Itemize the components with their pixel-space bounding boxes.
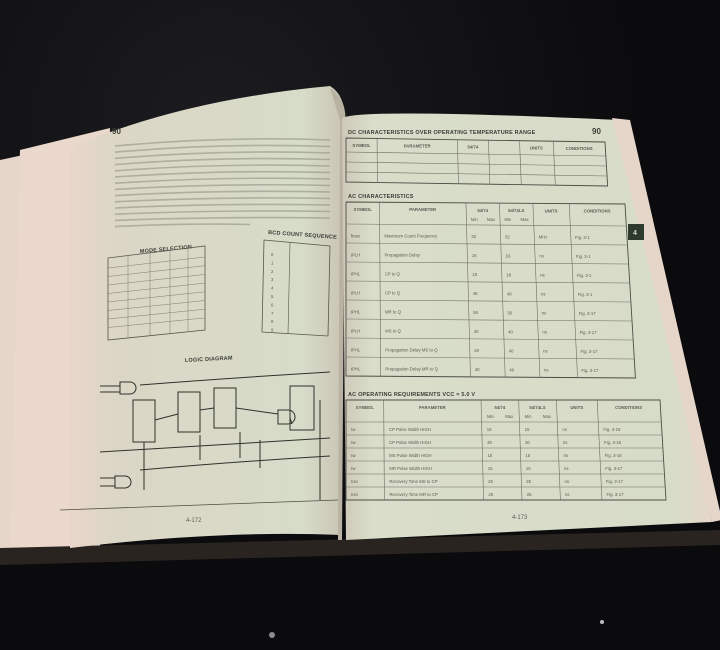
svg-text:Fig. 3-1: Fig. 3-1 [576, 254, 591, 259]
svg-text:PARAMETER: PARAMETER [409, 207, 437, 212]
svg-text:fmax: fmax [351, 233, 361, 238]
left-page: 90 MODE SELECTION BCD COUNT SEQUENCE 012… [60, 86, 345, 548]
svg-text:ns: ns [562, 427, 567, 432]
svg-text:Propagation Delay: Propagation Delay [385, 253, 421, 258]
svg-text:54/74LS: 54/74LS [508, 208, 524, 213]
svg-text:CONDITIONS: CONDITIONS [566, 146, 593, 151]
svg-text:16: 16 [506, 253, 511, 258]
svg-text:CP Pulse Width HIGH: CP Pulse Width HIGH [389, 440, 431, 445]
svg-text:40: 40 [475, 367, 480, 372]
svg-text:54/74: 54/74 [477, 208, 488, 213]
svg-text:54/74: 54/74 [494, 405, 505, 410]
svg-text:MS Pulse Width HIGH: MS Pulse Width HIGH [389, 453, 432, 458]
svg-text:ns: ns [539, 254, 544, 259]
svg-text:15: 15 [525, 453, 530, 458]
section-tab: 4 [628, 224, 644, 240]
svg-text:tPHL: tPHL [351, 347, 361, 352]
dust-speck [269, 632, 275, 638]
svg-text:18: 18 [472, 272, 477, 277]
svg-text:AC CHARACTERISTICS: AC CHARACTERISTICS [348, 194, 414, 200]
left-page-number: 4-172 [186, 518, 202, 524]
svg-text:Fig. 3-16: Fig. 3-16 [603, 427, 621, 432]
svg-text:40: 40 [508, 329, 513, 334]
svg-text:UNITS: UNITS [545, 208, 558, 213]
svg-text:40: 40 [509, 348, 514, 353]
svg-text:Fig. 3-1: Fig. 3-1 [575, 235, 590, 240]
svg-text:SYMBOL: SYMBOL [354, 207, 373, 212]
svg-text:Max: Max [543, 414, 552, 419]
svg-text:Propagation Delay MS to Q: Propagation Delay MS to Q [385, 348, 438, 353]
right-corner-mark: 90 [592, 127, 601, 136]
svg-text:32: 32 [471, 234, 476, 239]
svg-text:Min: Min [487, 414, 495, 419]
svg-text:ns: ns [542, 311, 547, 316]
svg-text:CONDITIONS: CONDITIONS [615, 405, 642, 410]
svg-text:15: 15 [526, 466, 531, 471]
svg-text:15: 15 [487, 427, 492, 432]
svg-text:ns: ns [563, 440, 568, 445]
svg-text:PARAMETER: PARAMETER [404, 143, 432, 148]
svg-text:Fig. 3-17: Fig. 3-17 [581, 349, 599, 354]
svg-text:ns: ns [565, 492, 570, 497]
svg-text:trec: trec [351, 479, 359, 484]
svg-text:tPLH: tPLH [351, 252, 361, 257]
svg-text:54/74: 54/74 [468, 145, 479, 150]
svg-text:ns: ns [564, 466, 569, 471]
svg-text:tPLH: tPLH [351, 290, 361, 295]
svg-text:ns: ns [543, 349, 548, 354]
svg-text:50: 50 [473, 310, 478, 315]
svg-text:18: 18 [506, 272, 511, 277]
svg-text:Fig. 3-17: Fig. 3-17 [580, 330, 598, 335]
svg-text:32: 32 [505, 234, 510, 239]
svg-text:ns: ns [540, 273, 545, 278]
svg-text:Min: Min [504, 217, 512, 222]
svg-text:Fig. 3-16: Fig. 3-16 [605, 453, 623, 458]
svg-text:50: 50 [507, 310, 512, 315]
svg-text:Fig. 3-17: Fig. 3-17 [579, 311, 597, 316]
svg-text:SYMBOL: SYMBOL [352, 143, 371, 148]
svg-text:Min: Min [525, 414, 533, 419]
left-corner-mark: 90 [112, 127, 121, 136]
svg-text:CONDITIONS: CONDITIONS [584, 209, 611, 214]
svg-text:ns: ns [544, 368, 549, 373]
svg-text:48: 48 [473, 291, 478, 296]
svg-text:MHz: MHz [539, 235, 548, 240]
svg-text:4: 4 [633, 230, 637, 237]
svg-text:Maximum Count Frequency: Maximum Count Frequency [384, 234, 438, 239]
svg-text:UNITS: UNITS [530, 146, 543, 151]
svg-text:Fig. 3-17: Fig. 3-17 [605, 466, 623, 471]
svg-text:Fig. 3-17: Fig. 3-17 [581, 368, 599, 373]
svg-text:Min: Min [471, 217, 479, 222]
svg-text:DC CHARACTERISTICS OVER OPERAT: DC CHARACTERISTICS OVER OPERATING TEMPER… [348, 130, 536, 136]
svg-text:AC OPERATING REQUIREMENTS VC: AC OPERATING REQUIREMENTS VCC = 5.0 V [348, 392, 475, 398]
svg-text:40: 40 [474, 329, 479, 334]
right-page-number: 4-173 [512, 515, 528, 521]
svg-text:54/74LS: 54/74LS [529, 405, 545, 410]
svg-text:ns: ns [563, 453, 568, 458]
svg-text:MS to Q: MS to Q [385, 329, 401, 334]
svg-text:Fig. 3-1: Fig. 3-1 [578, 292, 593, 297]
dust-speck [600, 620, 604, 624]
svg-text:Max: Max [520, 217, 529, 222]
svg-text:15: 15 [525, 427, 530, 432]
svg-text:15: 15 [488, 466, 493, 471]
svg-text:Max: Max [487, 217, 496, 222]
svg-text:Fig. 3-17: Fig. 3-17 [606, 479, 624, 484]
svg-text:25: 25 [527, 492, 532, 497]
svg-text:CP to Q: CP to Q [385, 272, 401, 277]
svg-text:25: 25 [526, 479, 531, 484]
svg-text:CP to Q: CP to Q [385, 291, 401, 296]
svg-text:ns: ns [542, 330, 547, 335]
svg-text:tPHL: tPHL [351, 271, 361, 276]
svg-text:25: 25 [488, 492, 493, 497]
svg-text:Recovery Time MR to CP: Recovery Time MR to CP [389, 492, 438, 497]
svg-text:PARAMETER: PARAMETER [419, 405, 447, 410]
svg-text:Fig. 3-1: Fig. 3-1 [577, 273, 592, 278]
svg-text:40: 40 [474, 348, 479, 353]
svg-text:tPLH: tPLH [351, 328, 361, 333]
svg-text:MR Pulse Width HIGH: MR Pulse Width HIGH [389, 466, 432, 471]
svg-text:Fig. 3-17: Fig. 3-17 [607, 492, 625, 497]
svg-text:tPHL: tPHL [351, 366, 361, 371]
svg-text:trec: trec [351, 492, 359, 497]
svg-text:MR to Q: MR to Q [385, 310, 402, 315]
svg-text:30: 30 [487, 440, 492, 445]
svg-text:48: 48 [507, 291, 512, 296]
open-databook: 90 MODE SELECTION BCD COUNT SEQUENCE 012… [0, 0, 720, 650]
svg-text:Propagation Delay MR to Q: Propagation Delay MR to Q [385, 367, 438, 372]
svg-text:ns: ns [541, 292, 546, 297]
svg-text:SYMBOL: SYMBOL [356, 405, 375, 410]
svg-text:CP Pulse Width HIGH: CP Pulse Width HIGH [389, 427, 431, 432]
svg-text:Recovery Time MS to CP: Recovery Time MS to CP [389, 479, 437, 484]
svg-text:Max: Max [505, 414, 514, 419]
svg-text:15: 15 [487, 453, 492, 458]
svg-text:40: 40 [509, 367, 514, 372]
svg-text:25: 25 [488, 479, 493, 484]
right-page: 90 4 DC CHARACTERISTICS OVER OPERATING T… [342, 113, 720, 540]
svg-text:30: 30 [525, 440, 530, 445]
svg-text:ns: ns [564, 479, 569, 484]
svg-text:Fig. 3-16: Fig. 3-16 [604, 440, 622, 445]
svg-text:tPHL: tPHL [351, 309, 361, 314]
svg-text:UNITS: UNITS [570, 405, 583, 410]
svg-text:16: 16 [472, 253, 477, 258]
